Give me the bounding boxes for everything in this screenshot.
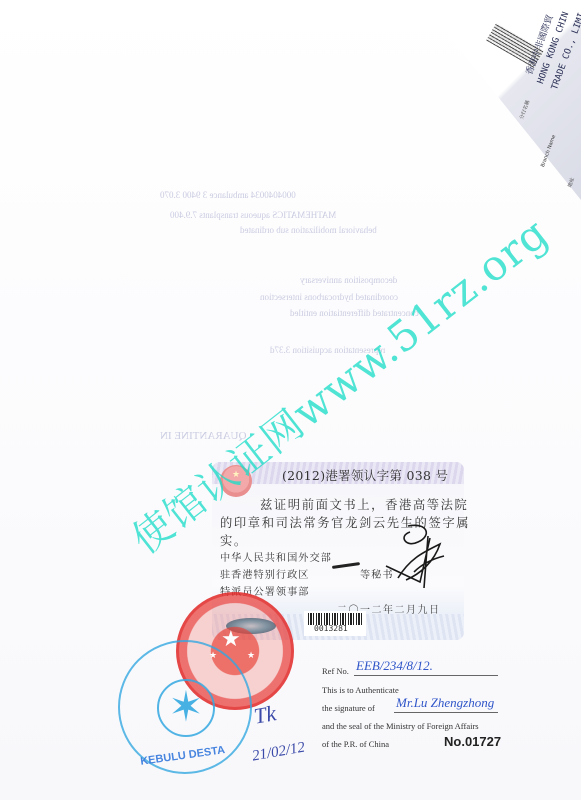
authenticate-text: This is to Authenticate [322,685,399,695]
seal-text: and the seal of the Ministry of Foreign … [322,721,479,731]
sticker-barcode: 0013281 [304,611,366,636]
official-signature [380,522,450,592]
authentication-number: No.01727 [444,734,501,749]
signature-value: Mr.Lu Zhengzhong [396,695,494,711]
ref-underline [354,675,498,676]
sticker-body-line: 兹证明前面文书上，香港高等法院 [260,495,468,513]
country-text: of the P.R. of China [322,739,389,749]
star-icon: ★ [247,651,255,661]
signature-label: the signature of [322,703,375,713]
star-icon: ★ [221,627,241,652]
seal-officer-name: KEBULU DESTA [140,744,226,768]
ref-value: EEB/234/8/12. [356,658,433,674]
ethiopian-embassy-seal: ✶ KEBULU DESTA [118,640,252,774]
show-through-text: MATHEMATICS aqueous transplants 7.9.400 [170,210,336,220]
issuer-line: 中华人民共和国外交部 [220,549,332,564]
issuer-line: 驻香港特别行政区 [220,566,310,581]
show-through-text: 0004040034 ambulance 3 9400 3.070 [160,190,296,200]
ref-label: Ref No. [322,666,349,676]
show-through-text: coordinated hydrocarbons intersection [260,292,398,302]
sticker-body-line: 实。 [220,531,248,549]
handwritten-initial: Tk [252,700,278,729]
embassy-authentication-stamp: Ref No. EEB/234/8/12. This is to Authent… [316,640,546,750]
handwritten-date: 21/02/12 [251,739,306,765]
document-page: 0004040034 ambulance 3 9400 3.070 MATHEM… [0,0,581,800]
signature-underline [394,712,498,713]
sticker-reference-number: (2012)港署领认字第 038 号 [282,466,448,484]
watermark-url: www.51rz.org [283,208,557,437]
show-through-text: behavioral mobilization sub ordinated [240,225,377,235]
pentagram-star-icon: ✶ [163,684,209,730]
barcode-number: 0013281 [314,624,348,633]
show-through-text: decomposition anniversary [300,275,397,285]
